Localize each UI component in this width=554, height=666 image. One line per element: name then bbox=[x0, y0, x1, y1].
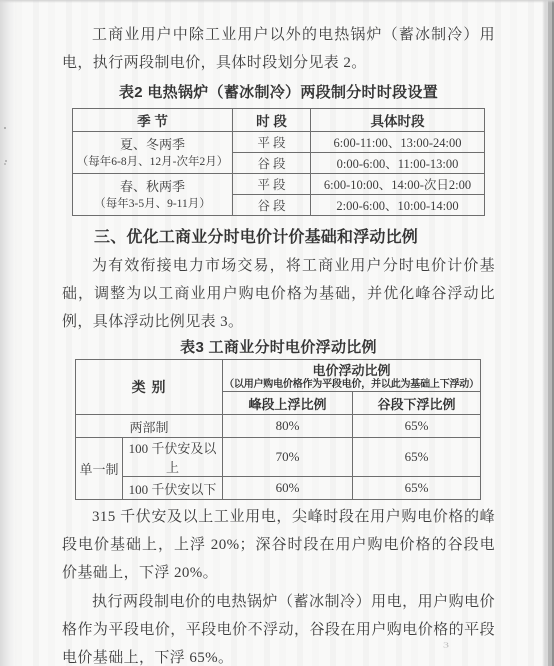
period-cell: 谷 段 bbox=[233, 195, 311, 216]
table2: 季 节 时 段 具体时段 夏、冬两季 （每年6-8月、12月-次年2月） 平 段… bbox=[72, 108, 485, 216]
table2-season-spring-autumn: 春、秋两季 （每年3-5月、9-11月） bbox=[73, 174, 233, 216]
period-cell: 平 段 bbox=[233, 132, 311, 153]
category-sub-label: 100 千伏安以下 bbox=[123, 477, 223, 500]
period-cell: 谷 段 bbox=[233, 153, 311, 174]
float-ratio-note: （以用户购电价格作为平段电价，并以此为基础上下浮动） bbox=[223, 378, 480, 391]
paragraph-intro: 工商业用户中除工业用户以外的电热锅炉（蓄冰制冷）用电，执行两段制电价，具体时段划… bbox=[62, 21, 495, 77]
valley-value: 65% bbox=[353, 477, 481, 500]
time-cell: 2:00-6:00、10:00-14:00 bbox=[311, 195, 485, 216]
valley-value: 65% bbox=[353, 415, 481, 438]
peak-value: 80% bbox=[223, 415, 353, 438]
table-row: 夏、冬两季 （每年6-8月、12月-次年2月） 平 段 6:00-11:00、1… bbox=[73, 132, 485, 153]
season-name: 春、秋两季 bbox=[73, 177, 232, 196]
table2-caption: 表2 电热锅炉（蓄冰制冷）两段制分时时段设置 bbox=[62, 82, 495, 104]
paragraph-two-stage: 执行两段制电价的电热锅炉（蓄冰制冷）用电，用户购电价格作为平段电价，平段电价不浮… bbox=[62, 588, 495, 666]
table3-header-category: 类 别 bbox=[76, 360, 223, 415]
time-cell: 6:00-10:00、14:00-次日2:00 bbox=[311, 174, 485, 195]
scan-edge-right bbox=[542, 0, 554, 666]
paragraph-basis: 为有效衔接电力市场交易，将工商业用户分时电价计价基础，调整为以工商业用户购电价格… bbox=[62, 252, 495, 336]
valley-value: 65% bbox=[353, 438, 481, 477]
table2-header-period: 时 段 bbox=[233, 109, 311, 132]
table-row: 两部制 80% 65% bbox=[76, 415, 481, 438]
table3-header-float: 电价浮动比例 （以用户购电价格作为平段电价，并以此为基础上下浮动） bbox=[223, 360, 481, 392]
paragraph-industrial-315: 315 千伏安及以上工业用电，尖峰时段在用户购电价格的峰段电价基础上，上浮 20… bbox=[62, 503, 495, 587]
time-cell: 0:00-6:00、11:00-13:00 bbox=[311, 153, 485, 174]
season-note: （每年6-8月、12月-次年2月） bbox=[73, 154, 232, 171]
table2-header-time: 具体时段 bbox=[311, 109, 485, 132]
scan-edge-top bbox=[0, 0, 554, 3]
page-number-mark: 3 bbox=[443, 641, 449, 650]
section-heading: 三、优化工商业分时电价计价基础和浮动比例 bbox=[62, 224, 495, 252]
category-two-part: 两部制 bbox=[76, 415, 223, 438]
table3: 类 别 电价浮动比例 （以用户购电价格作为平段电价，并以此为基础上下浮动） 峰段… bbox=[75, 359, 481, 500]
table3-header-row-1: 类 别 电价浮动比例 （以用户购电价格作为平段电价，并以此为基础上下浮动） bbox=[76, 360, 481, 392]
table3-header-peak: 峰段上浮比例 bbox=[223, 392, 353, 415]
table3-caption: 表3 工商业分时电价浮动比例 bbox=[62, 337, 495, 359]
document-page: 工商业用户中除工业用户以外的电热锅炉（蓄冰制冷）用电，执行两段制电价，具体时段划… bbox=[0, 0, 554, 666]
float-ratio-title: 电价浮动比例 bbox=[223, 361, 480, 378]
season-note: （每年3-5月、9-11月） bbox=[73, 196, 232, 213]
scan-edge-left bbox=[0, 0, 17, 666]
period-cell: 平 段 bbox=[233, 174, 311, 195]
season-name: 夏、冬两季 bbox=[73, 135, 232, 154]
table-row: 春、秋两季 （每年3-5月、9-11月） 平 段 6:00-10:00、14:0… bbox=[73, 174, 485, 195]
table2-header-season: 季 节 bbox=[73, 109, 233, 132]
category-single: 单一制 bbox=[76, 438, 123, 500]
peak-value: 70% bbox=[223, 438, 353, 477]
table2-header-row: 季 节 时 段 具体时段 bbox=[73, 109, 485, 132]
table2-season-summer-winter: 夏、冬两季 （每年6-8月、12月-次年2月） bbox=[73, 132, 233, 174]
document-content: 工商业用户中除工业用户以外的电热锅炉（蓄冰制冷）用电，执行两段制电价，具体时段划… bbox=[62, 21, 495, 666]
category-sub-label: 100 千伏安及以上 bbox=[123, 438, 223, 477]
peak-value: 60% bbox=[223, 477, 353, 500]
time-cell: 6:00-11:00、13:00-24:00 bbox=[311, 132, 485, 153]
scan-specks bbox=[4, 127, 6, 129]
table3-header-valley: 谷段下浮比例 bbox=[353, 392, 481, 415]
table-row: 100 千伏安以下 60% 65% bbox=[76, 477, 481, 500]
table-row: 单一制 100 千伏安及以上 70% 65% bbox=[76, 438, 481, 477]
